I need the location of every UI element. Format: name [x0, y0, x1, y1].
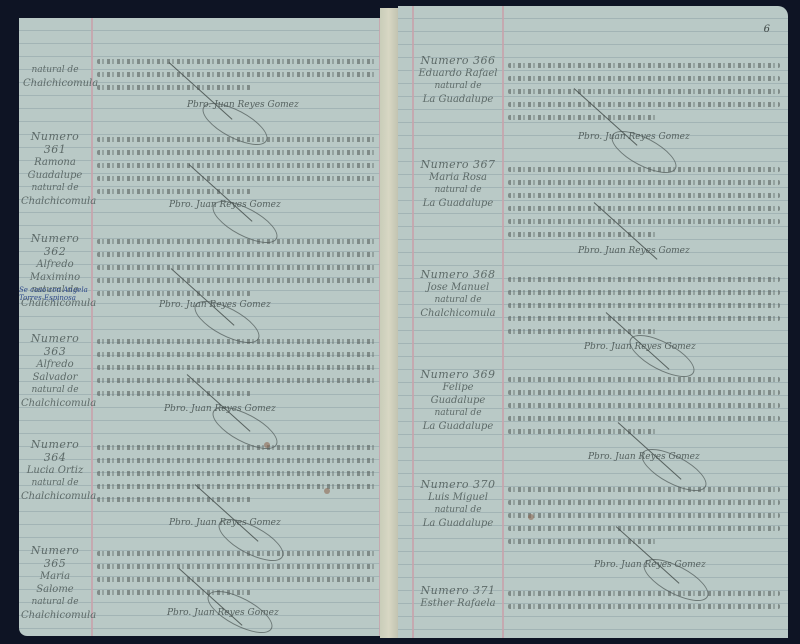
entry-number: Numero 362: [21, 232, 89, 258]
margin-rule-inner: [412, 6, 414, 638]
entry-place: La Guadalupe: [416, 197, 500, 210]
entry-number: Numero 371: [416, 584, 500, 597]
entry-name: Ramona Guadalupe: [21, 156, 89, 182]
entry-place: Chalchicomula: [23, 77, 87, 90]
entry-place: Chalchicomula: [416, 307, 500, 320]
entry-text: [508, 162, 780, 240]
entry-number: Numero 368: [416, 268, 500, 281]
entry-place: Chalchicomula: [21, 609, 89, 622]
entry-text: [508, 58, 780, 123]
entry-name: Jose Manuel: [416, 281, 500, 294]
entry-text: [97, 234, 377, 299]
margin-rule: [91, 18, 93, 636]
entry-status: natural de: [416, 294, 500, 307]
entry-label: Numero 363 Alfredo Salvador natural de C…: [21, 332, 89, 410]
entry-text: [508, 372, 780, 437]
marginal-note: Se caso con Angela Torres Espinosa: [19, 286, 89, 302]
entry-number: Numero 364: [21, 438, 89, 464]
entry-text: [97, 546, 377, 598]
entry-text: [508, 482, 780, 547]
entry-label: Numero 368 Jose Manuel natural de Chalch…: [416, 268, 500, 320]
left-page: natural de Chalchicomula Pbro. Juan Reye…: [19, 18, 386, 636]
entry-number: Numero 361: [21, 130, 89, 156]
entry-name: Luis Miguel: [416, 491, 500, 504]
entry-place: Chalchicomula: [21, 490, 89, 503]
entry-number: Numero 365: [21, 544, 89, 570]
entry-status: natural de: [416, 184, 500, 197]
entry-name: Eduardo Rafael: [416, 67, 500, 80]
entry-status: natural de: [416, 407, 500, 420]
entry-name: Esther Rafaela: [416, 597, 500, 610]
entry-number: Numero 370: [416, 478, 500, 491]
entry-status: natural de: [21, 596, 89, 609]
entry-label: Numero 367 Maria Rosa natural de La Guad…: [416, 158, 500, 210]
entry-status: natural de: [23, 64, 87, 77]
ink-stain: [264, 442, 270, 448]
entry-name: Alfredo Maximino: [21, 258, 89, 284]
entry-status: natural de: [416, 80, 500, 93]
ink-stain: [528, 514, 534, 520]
margin-rule: [502, 6, 504, 638]
entry-label: Numero 361 Ramona Guadalupe natural de C…: [21, 130, 89, 208]
entry-label: Numero 364 Lucia Ortiz natural de Chalch…: [21, 438, 89, 503]
page-number: 6: [764, 24, 770, 35]
entry-place: La Guadalupe: [416, 93, 500, 106]
entry-text: [508, 586, 780, 612]
entry-label: Numero 370 Luis Miguel natural de La Gua…: [416, 478, 500, 530]
right-page: 6 Numero 366 Eduardo Rafael natural de L…: [398, 6, 788, 638]
entry-text: [508, 272, 780, 337]
entry-name: Maria Salome: [21, 570, 89, 596]
entry-number: Numero 366: [416, 54, 500, 67]
entry-text: [97, 440, 377, 505]
entry-text: [97, 54, 377, 93]
entry-name: Maria Rosa: [416, 171, 500, 184]
entry-name: Lucia Ortiz: [21, 464, 89, 477]
entry-status: natural de: [21, 384, 89, 397]
entry-place: La Guadalupe: [416, 420, 500, 433]
entry-label: Numero 366 Eduardo Rafael natural de La …: [416, 54, 500, 106]
entry-status: natural de: [21, 182, 89, 195]
priest-signature: Pbro. Juan Reyes Gomez: [578, 246, 690, 256]
entry-label: Numero 365 Maria Salome natural de Chalc…: [21, 544, 89, 622]
entry-place: La Guadalupe: [416, 517, 500, 530]
entry-name: Felipe Guadalupe: [416, 381, 500, 407]
entry-place: Chalchicomula: [21, 195, 89, 208]
ink-stain: [324, 488, 330, 494]
entry-text: [97, 334, 377, 399]
entry-label: Numero 369 Felipe Guadalupe natural de L…: [416, 368, 500, 433]
entry-place: Chalchicomula: [21, 397, 89, 410]
entry-number: Numero 369: [416, 368, 500, 381]
entry-status: natural de: [416, 504, 500, 517]
entry-name: Alfredo Salvador: [21, 358, 89, 384]
entry-text: [97, 132, 377, 197]
entry-number: Numero 367: [416, 158, 500, 171]
entry-status: natural de: [21, 477, 89, 490]
entry-label: natural de Chalchicomula: [23, 64, 87, 90]
entry-label: Numero 371 Esther Rafaela: [416, 584, 500, 610]
entry-number: Numero 363: [21, 332, 89, 358]
